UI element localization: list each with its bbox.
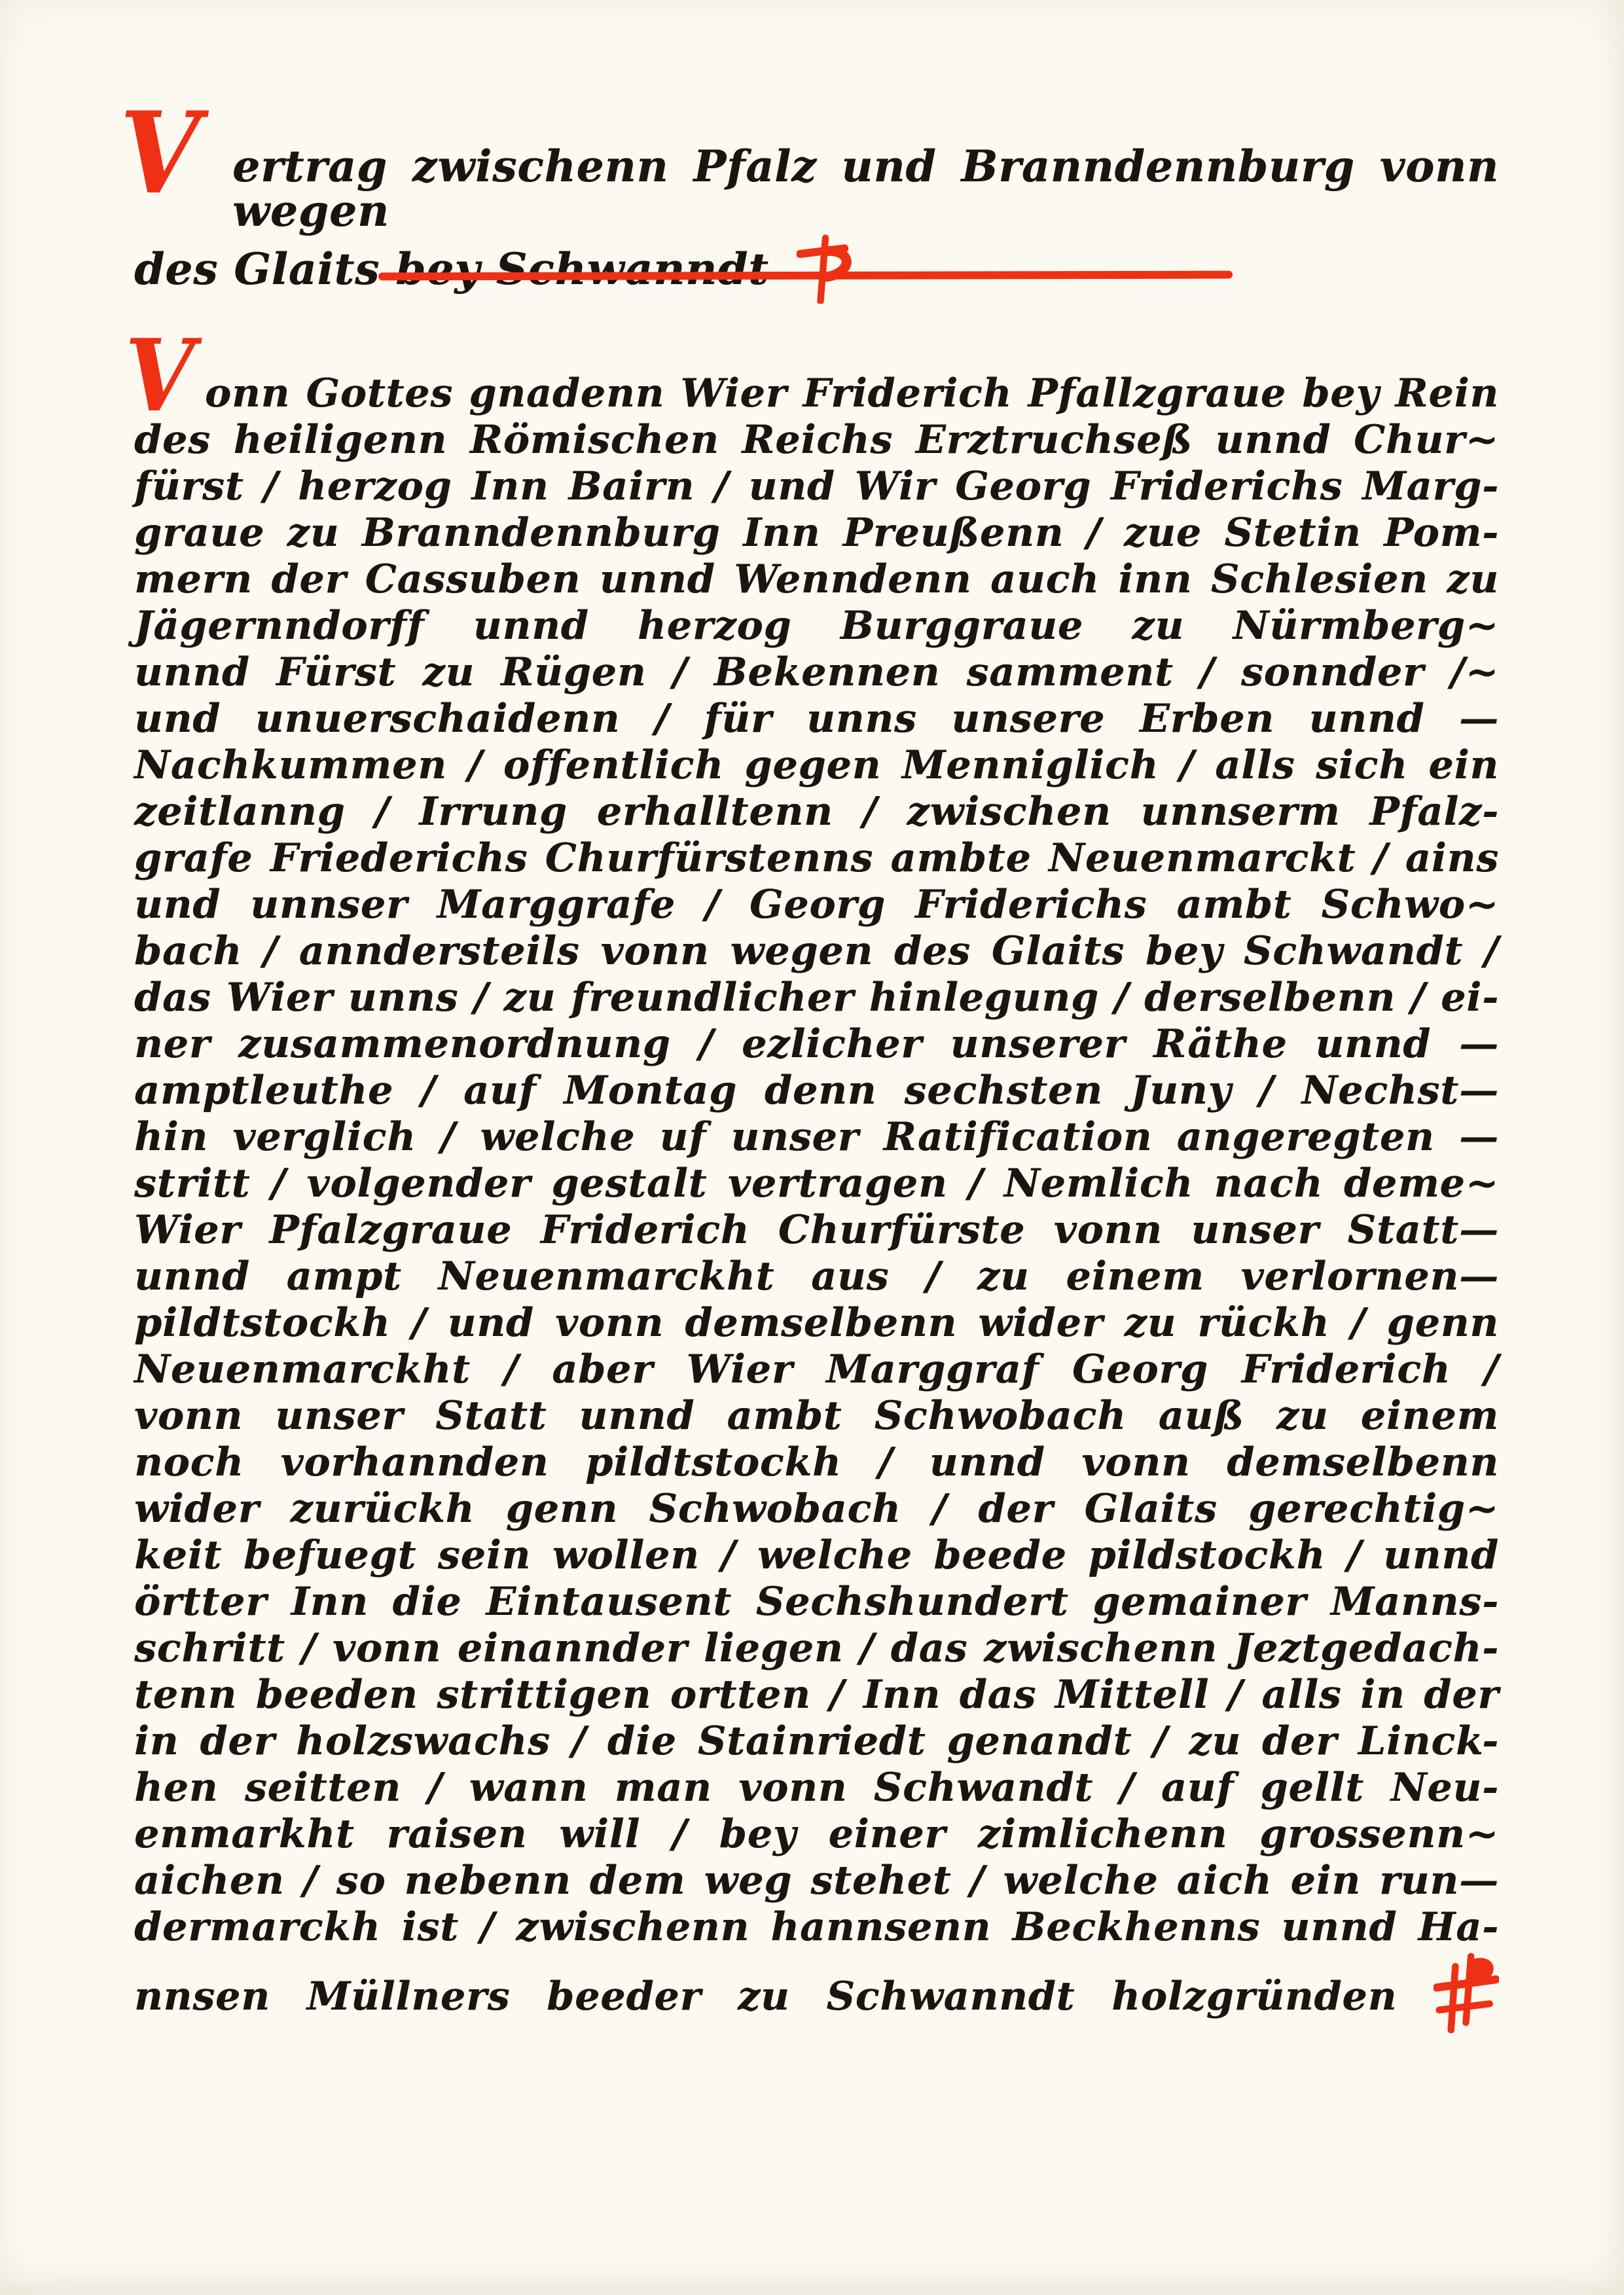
title-end-mark-icon <box>797 233 854 304</box>
body-line-text: amptleuthe / auf Montag denn sechsten Ju… <box>134 1068 1499 1113</box>
body-line: noch vorhannden pildtstockh / unnd vonn … <box>134 1439 1499 1486</box>
body-line-text: grafe Friederichs Churfürstenns ambte Ne… <box>134 835 1499 881</box>
body-line-text: ner zusammenordnung / ezlicher unserer R… <box>134 1021 1499 1067</box>
body-line-text: Nachkummen / offentlich gegen Menniglich… <box>134 742 1499 788</box>
body-line: Nachkummen / offentlich gegen Menniglich… <box>134 742 1499 789</box>
body-line: onn Gottes gnadenn Wier Friderich Pfallz… <box>134 370 1499 417</box>
body-line: mern der Cassuben unnd Wenndenn auch inn… <box>134 556 1499 603</box>
title-line-2-text: des Glaits bey Schwanndt <box>134 244 769 295</box>
body-line: des heiligenn Römischen Reichs Erztruchs… <box>134 417 1499 463</box>
body-line: Jägernndorff unnd herzog Burggraue zu Nü… <box>134 603 1499 649</box>
body-line-text: stritt / volgender gestalt vertragen / N… <box>134 1161 1499 1206</box>
body-line-text: enmarkht raisen will / bey einer zimlich… <box>134 1811 1499 1857</box>
body-drop-cap: V <box>125 326 194 425</box>
body-line: Wier Pfalzgraue Friderich Churfürste von… <box>134 1207 1499 1254</box>
body-line-text: onn Gottes gnadenn Wier Friderich Pfallz… <box>205 370 1499 416</box>
body-line-text: hin verglich / welche uf unser Ratificat… <box>134 1114 1499 1160</box>
body-line: und unuerschaidenn / für unns unsere Erb… <box>134 696 1499 742</box>
manuscript-page: V ertrag zwischenn Pfalz und Branndennbu… <box>0 0 1624 2295</box>
body-line: hin verglich / welche uf unser Ratificat… <box>134 1114 1499 1161</box>
body-line: und unnser Marggrafe / Georg Friderichs … <box>134 882 1499 928</box>
body-line: vonn unser Statt unnd ambt Schwobach auß… <box>134 1393 1499 1439</box>
body-line: in der holzswachs / die Stainriedt genan… <box>134 1718 1499 1765</box>
body-line-text: und unuerschaidenn / für unns unsere Erb… <box>134 696 1499 742</box>
body-line: hen seitten / wann man vonn Schwandt / a… <box>134 1765 1499 1811</box>
body-line: nnsen Müllners beeder zu Schwanndt holzg… <box>134 1951 1499 1997</box>
document-end-mark-icon <box>1434 1951 1499 2033</box>
body-line: stritt / volgender gestalt vertragen / N… <box>134 1161 1499 1207</box>
body-line-text: und unnser Marggrafe / Georg Friderichs … <box>134 882 1499 928</box>
body-text: onn Gottes gnadenn Wier Friderich Pfallz… <box>134 370 1499 1997</box>
body-line-text: des heiligenn Römischen Reichs Erztruchs… <box>134 417 1499 463</box>
body-line-text: noch vorhannden pildtstockh / unnd vonn … <box>134 1439 1499 1485</box>
body-line: bach / anndersteils vonn wegen des Glait… <box>134 928 1499 975</box>
title-line-1: ertrag zwischenn Pfalz und Branndennburg… <box>134 144 1499 233</box>
body-line-text: dermarckh ist / zwischenn hannsenn Beckh… <box>134 1904 1499 1950</box>
body-line: unnd ampt Neuenmarckht aus / zu einem ve… <box>134 1254 1499 1300</box>
body-line: grafe Friederichs Churfürstenns ambte Ne… <box>134 835 1499 882</box>
body-line: enmarkht raisen will / bey einer zimlich… <box>134 1811 1499 1858</box>
body-line-text: Jägernndorff unnd herzog Burggraue zu Nü… <box>134 603 1499 649</box>
body-line: aichen / so nebenn dem weg stehet / welc… <box>134 1858 1499 1904</box>
body-line-text: unnd Fürst zu Rügen / Bekennen samment /… <box>134 649 1499 695</box>
title-line-1-text: ertrag zwischenn Pfalz und Branndennburg… <box>232 141 1499 236</box>
body-line-text: fürst / herzog Inn Bairn / und Wir Georg… <box>134 463 1499 509</box>
title-drop-cap: V <box>120 97 200 209</box>
body-line: dermarckh ist / zwischenn hannsenn Beckh… <box>134 1904 1499 1951</box>
body-line-text: örtter Inn die Eintausent Sechshundert g… <box>134 1579 1499 1625</box>
body-line: schritt / vonn einannder liegen / das zw… <box>134 1625 1499 1672</box>
body-line-text: vonn unser Statt unnd ambt Schwobach auß… <box>134 1393 1499 1439</box>
body-line-text: in der holzswachs / die Stainriedt genan… <box>134 1718 1499 1764</box>
body-line-text: das Wier unns / zu freundlicher hinlegun… <box>134 975 1499 1021</box>
body-line: fürst / herzog Inn Bairn / und Wir Georg… <box>134 463 1499 510</box>
body-line: tenn beeden strittigen ortten / Inn das … <box>134 1672 1499 1718</box>
body-line-text: aichen / so nebenn dem weg stehet / welc… <box>134 1858 1499 1904</box>
body-line-text: zeitlanng / Irrung erhalltenn / zwischen… <box>134 789 1499 835</box>
body-line: Neuenmarckht / aber Wier Marggraf Georg … <box>134 1346 1499 1393</box>
body-line-text: keit befuegt sein wollen / welche beede … <box>134 1532 1499 1578</box>
body-line-text: bach / anndersteils vonn wegen des Glait… <box>134 928 1499 974</box>
body-line: pildtstockh / und vonn demselbenn wider … <box>134 1300 1499 1346</box>
body-line-text: nnsen Müllners beeder zu Schwanndt holzg… <box>134 1974 1397 2019</box>
body-line-text: Wier Pfalzgraue Friderich Churfürste von… <box>134 1207 1499 1253</box>
body-line: unnd Fürst zu Rügen / Bekennen samment /… <box>134 649 1499 696</box>
body-line: zeitlanng / Irrung erhalltenn / zwischen… <box>134 789 1499 835</box>
body-line: örtter Inn die Eintausent Sechshundert g… <box>134 1579 1499 1625</box>
body-line-text: mern der Cassuben unnd Wenndenn auch inn… <box>134 556 1499 602</box>
body-line-text: Neuenmarckht / aber Wier Marggraf Georg … <box>134 1346 1499 1392</box>
body-line-text: graue zu Branndennburg Inn Preußenn / zu… <box>134 510 1499 556</box>
body-line: keit befuegt sein wollen / welche beede … <box>134 1532 1499 1579</box>
body-line-text: schritt / vonn einannder liegen / das zw… <box>134 1625 1499 1671</box>
body-line-text: unnd ampt Neuenmarckht aus / zu einem ve… <box>134 1254 1499 1299</box>
body-line: ner zusammenordnung / ezlicher unserer R… <box>134 1021 1499 1068</box>
body-line-text: pildtstockh / und vonn demselbenn wider … <box>134 1300 1499 1346</box>
title-line-2: des Glaits bey Schwanndt <box>134 233 1499 304</box>
body-line: amptleuthe / auf Montag denn sechsten Ju… <box>134 1068 1499 1114</box>
body-line-text: tenn beeden strittigen ortten / Inn das … <box>134 1672 1499 1718</box>
body-line: das Wier unns / zu freundlicher hinlegun… <box>134 975 1499 1021</box>
body-line: graue zu Branndennburg Inn Preußenn / zu… <box>134 510 1499 556</box>
body-line: wider zurückh genn Schwobach / der Glait… <box>134 1486 1499 1532</box>
body-line-text: wider zurückh genn Schwobach / der Glait… <box>134 1486 1499 1532</box>
body-line-text: hen seitten / wann man vonn Schwandt / a… <box>134 1765 1499 1811</box>
title: ertrag zwischenn Pfalz und Branndennburg… <box>134 144 1499 304</box>
